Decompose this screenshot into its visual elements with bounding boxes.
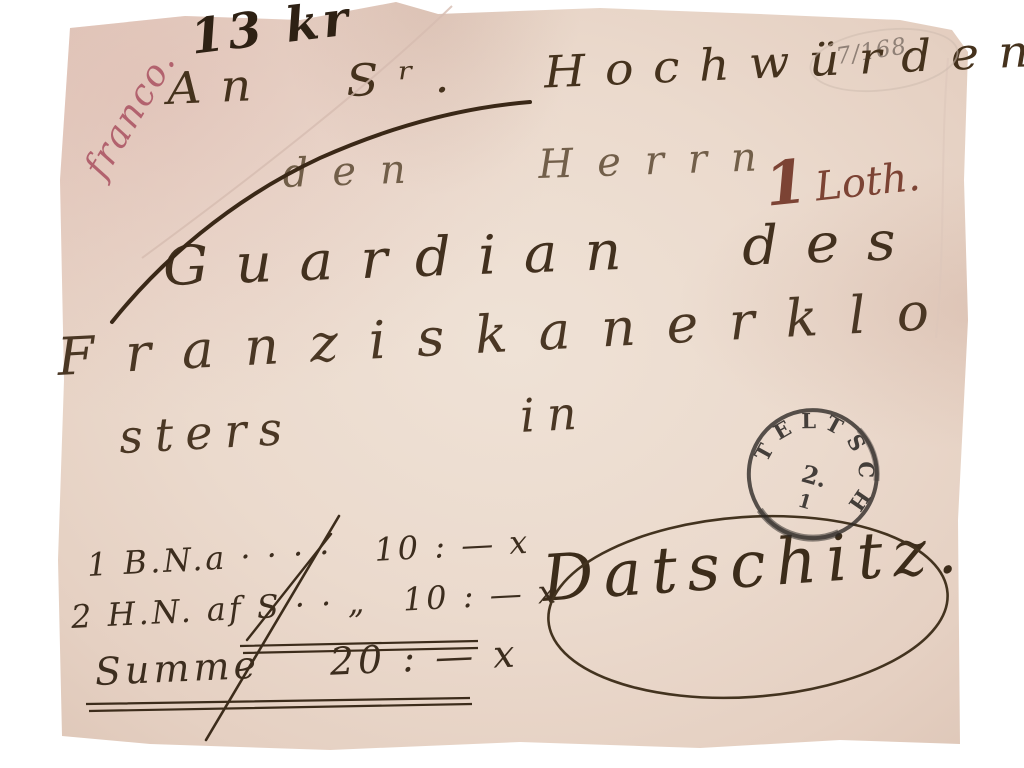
- weight-number: 1: [761, 147, 810, 221]
- ledger-row-amount: 10 : — x: [373, 523, 531, 569]
- ledger-row-label: Summe: [94, 643, 261, 694]
- ledger-row-amount: 20 : — x: [329, 632, 520, 684]
- ledger-row-amount: 10 : — x: [402, 572, 560, 618]
- scanned-postal-cover: franco. 13 kr 7/168. An Sʳ. Hochwürden d…: [0, 0, 1024, 768]
